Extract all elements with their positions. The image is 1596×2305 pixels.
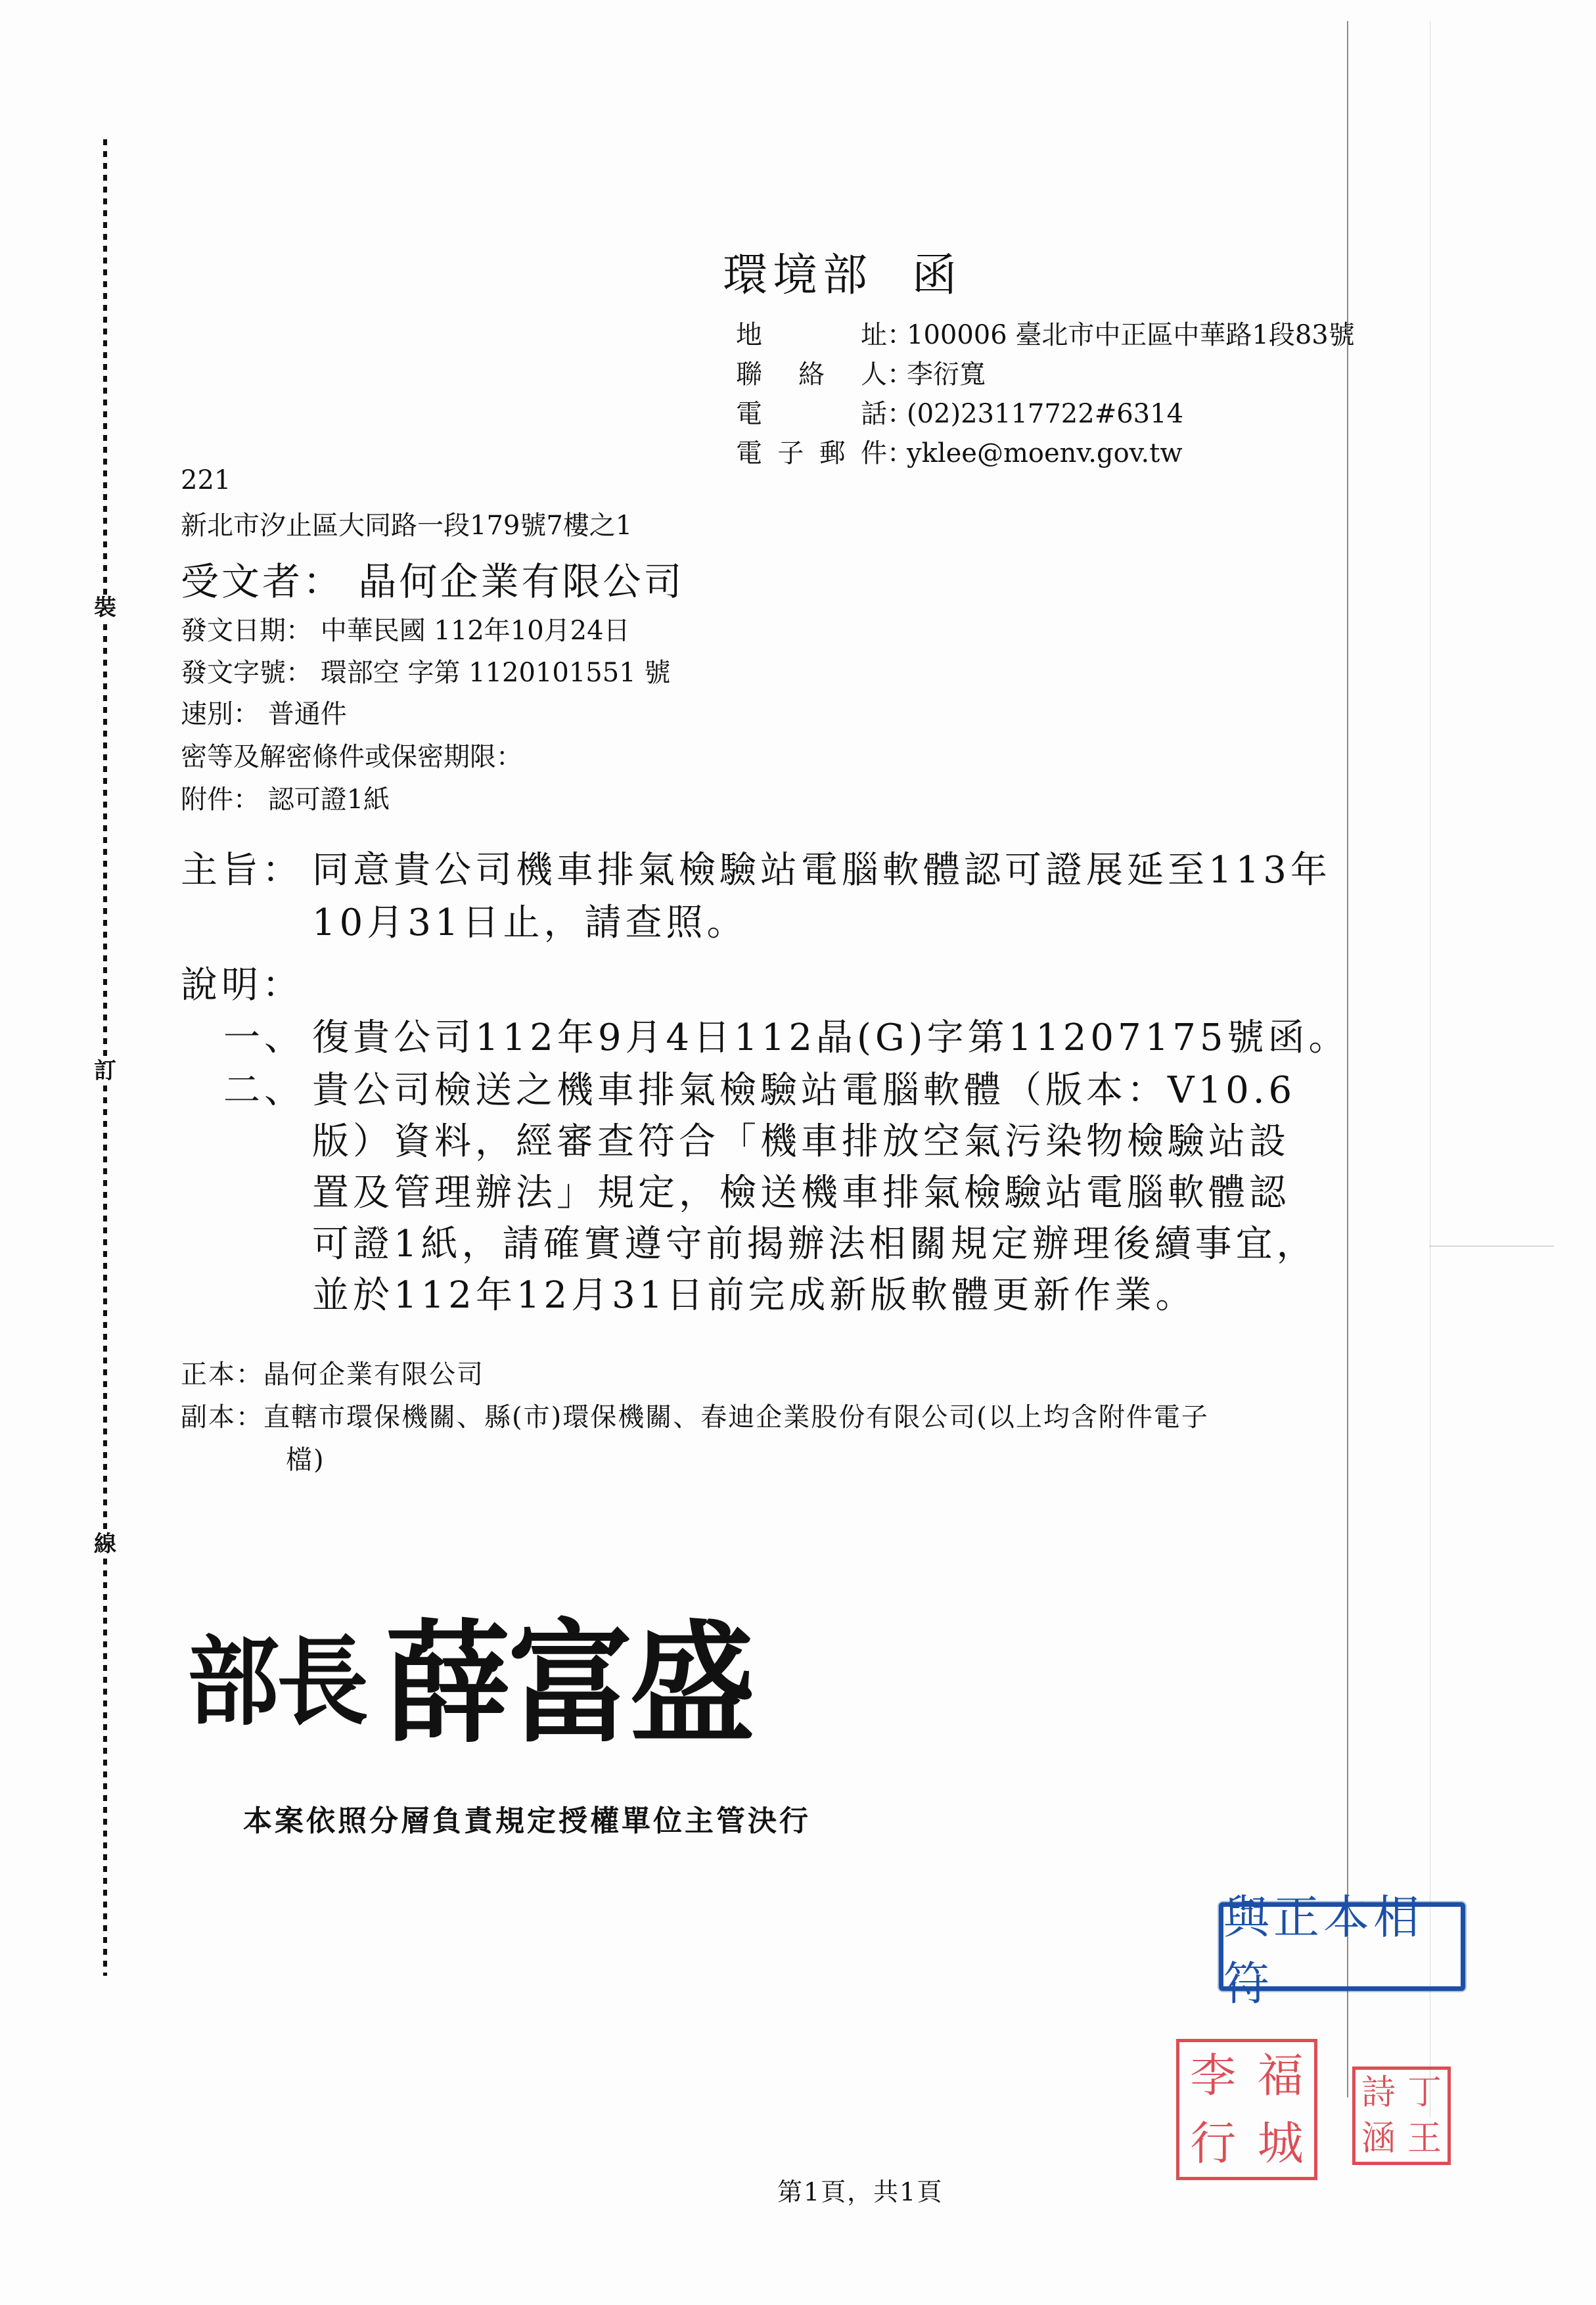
- contact-label: 地址: [736, 314, 887, 352]
- minister-signature: 部長薛富盛: [187, 1579, 752, 1768]
- contact-value: yklee@moenv.gov.tw: [907, 438, 1183, 468]
- explanation-line: 貴公司檢送之機車排氣檢驗站電腦軟體（版本：V10.6: [312, 1061, 1296, 1114]
- scan-artifact-line: [1429, 1246, 1554, 1246]
- certified-copy-stamp: 與正本相符: [1219, 1902, 1465, 1991]
- original-recipient: 正本：晶何企業有限公司: [181, 1354, 484, 1391]
- seal-char: 王: [1407, 2122, 1442, 2156]
- signature-name: 薛富盛: [386, 1607, 752, 1760]
- recipient-address: 新北市汐止區大同路一段179號7樓之1: [181, 505, 632, 542]
- contact-label: 電話: [736, 393, 887, 430]
- meta-value: 環部空 字第 1120101551 號: [321, 658, 671, 688]
- seal-char: 丁: [1407, 2076, 1442, 2110]
- meta-label: 密等及解密條件或保密期限：: [181, 742, 522, 772]
- seal-char: 行: [1190, 2120, 1236, 2166]
- recipient-label: 受文者：: [181, 559, 344, 604]
- meta-document-number: 發文字號： 環部空 字第 1120101551 號: [181, 652, 670, 689]
- copy-recipients: 副本：直轄市環保機關、縣(市)環保機關、春迪企業股份有限公司(以上均含附件電子: [181, 1396, 1209, 1434]
- delegation-note: 本案依照分層負責規定授權單位主管決行: [243, 1797, 811, 1839]
- contact-person: 聯絡人：李衍寬: [736, 354, 986, 391]
- seal-char: 城: [1258, 2120, 1304, 2166]
- meta-value: 中華民國 112年10月24日: [321, 616, 630, 646]
- explanation-line: 置及管理辦法」規定，檢送機車排氣檢驗站電腦軟體認: [312, 1164, 1290, 1216]
- meta-value: 普通件: [268, 699, 347, 729]
- subject-label: 主旨：: [181, 841, 303, 894]
- meta-priority: 速別： 普通件: [181, 693, 347, 731]
- signature-title: 部長: [187, 1626, 366, 1739]
- contact-value: (02)23117722#6314: [907, 399, 1183, 429]
- meta-label: 發文字號：: [181, 658, 312, 688]
- postal-code: 221: [181, 465, 231, 495]
- explanation-line: 並於112年12月31日前完成新版軟體更新作業。: [312, 1266, 1196, 1319]
- meta-issue-date: 發文日期： 中華民國 112年10月24日: [181, 610, 630, 647]
- original-label: 正本：: [181, 1359, 263, 1390]
- copy-recipients-continued: 檔): [286, 1439, 325, 1476]
- copy-value: 直轄市環保機關、縣(市)環保機關、春迪企業股份有限公司(以上均含附件電子: [263, 1402, 1209, 1432]
- subject-line: 10月31日止，請查照。: [312, 894, 748, 946]
- meta-label: 附件：: [181, 785, 260, 815]
- explanation-line: 版）資料，經審查符合「機車排放空氣污染物檢驗站設: [312, 1112, 1290, 1165]
- seal-char: 涵: [1361, 2122, 1396, 2156]
- contact-label: 電子郵件: [736, 432, 887, 470]
- copy-label: 副本：: [181, 1402, 263, 1432]
- meta-label: 速別：: [181, 699, 260, 729]
- explanation-line: 可證1紙，請確實遵守前揭辦法相關規定辦理後續事宜，: [312, 1215, 1317, 1267]
- seal-char: 李: [1190, 2053, 1236, 2099]
- meta-value: 認可證1紙: [268, 785, 390, 815]
- red-seal-right: 丁 王 詩 涵: [1352, 2066, 1451, 2165]
- seal-char: 福: [1258, 2053, 1304, 2099]
- binding-label-zhuang: 裝: [91, 595, 120, 621]
- document-type: 函: [912, 250, 962, 302]
- contact-email: 電子郵件：yklee@moenv.gov.tw: [736, 432, 1183, 470]
- contact-value: 100006 臺北市中正區中華路1段83號: [907, 320, 1355, 350]
- page-number: 第1頁，共1頁: [777, 2172, 943, 2208]
- original-value: 晶何企業有限公司: [263, 1359, 484, 1390]
- scan-artifact-line: [1430, 21, 1430, 2117]
- explanation-marker: 一、: [223, 1009, 305, 1061]
- binding-label-ding: 訂: [91, 1058, 120, 1084]
- meta-classification: 密等及解密條件或保密期限：: [181, 736, 522, 773]
- meta-label: 發文日期：: [181, 616, 312, 646]
- red-seal-left: 福 城 李 行: [1176, 2039, 1317, 2180]
- explanation-line: 復貴公司112年9月4日112晶(G)字第11207175號函。: [312, 1009, 1350, 1061]
- agency-name: 環境部: [723, 250, 873, 302]
- contact-label: 聯絡人: [736, 354, 887, 391]
- contact-address: 地址：100006 臺北市中正區中華路1段83號: [736, 314, 1355, 352]
- meta-attachment: 附件： 認可證1紙: [181, 779, 390, 816]
- contact-value: 李衍寬: [907, 359, 986, 390]
- contact-phone: 電話：(02)23117722#6314: [736, 393, 1183, 430]
- recipient: 受文者： 晶何企業有限公司: [181, 551, 684, 606]
- subject-line: 同意貴公司機車排氣檢驗站電腦軟體認可證展延至113年: [312, 841, 1331, 894]
- binding-label-xian: 線: [91, 1531, 120, 1557]
- recipient-name: 晶何企業有限公司: [358, 559, 684, 604]
- seal-char: 詩: [1361, 2076, 1396, 2110]
- explanation-label: 說明：: [181, 956, 303, 1009]
- explanation-marker: 二、: [223, 1061, 305, 1114]
- document-title: 環境部函: [723, 240, 962, 304]
